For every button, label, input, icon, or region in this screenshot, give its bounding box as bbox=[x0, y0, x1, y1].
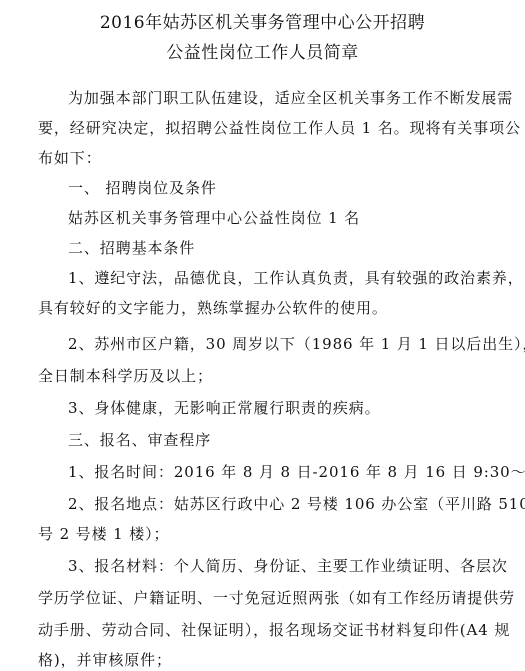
registration-location-line-1: 2、报名地点：姑苏区行政中心 2 号楼 106 办公室（平川路 510 bbox=[68, 494, 486, 514]
document-page: 2016年姑苏区机关事务管理中心公开招聘 公益性岗位工作人员简章 为加强本部门职… bbox=[0, 0, 525, 671]
registration-time: 1、报名时间：2016 年 8 月 8 日-2016 年 8 月 16 日 9:… bbox=[68, 462, 486, 482]
registration-materials-line-1: 3、报名材料：个人简历、身份证、主要工作业绩证明、各层次 bbox=[68, 556, 486, 576]
document-title-line-2: 公益性岗位工作人员简章 bbox=[0, 42, 525, 64]
condition-2-line-1: 2、苏州市区户籍，30 周岁以下（1986 年 1 月 1 日以后出生）， bbox=[68, 334, 486, 354]
registration-materials-line-4: 格)，并审核原件； bbox=[38, 650, 486, 670]
condition-3: 3、身体健康，无影响正常履行职责的疾病。 bbox=[68, 398, 486, 418]
section-heading-1: 一、 招聘岗位及条件 bbox=[68, 178, 486, 198]
intro-paragraph-line-3: 布如下： bbox=[38, 148, 486, 168]
intro-paragraph-line-2: 要，经研究决定，拟招聘公益性岗位工作人员 1 名。现将有关事项公 bbox=[38, 118, 486, 138]
condition-2-line-2: 全日制本科学历及以上； bbox=[38, 366, 486, 386]
intro-paragraph-line-1: 为加强本部门职工队伍建设，适应全区机关事务工作不断发展需 bbox=[68, 88, 486, 108]
condition-1-line-2: 具有较好的文字能力，熟练掌握办公软件的使用。 bbox=[38, 298, 486, 318]
registration-location-line-2: 号 2 号楼 1 楼）； bbox=[38, 524, 486, 544]
registration-materials-line-3: 动手册、劳动合同、社保证明），报名现场交证书材料复印件(A4 规 bbox=[38, 620, 486, 640]
section-heading-3: 三、报名、审查程序 bbox=[68, 430, 486, 450]
registration-materials-line-2: 学历学位证、户籍证明、一寸免冠近照两张（如有工作经历请提供劳 bbox=[38, 588, 486, 608]
position-description: 姑苏区机关事务管理中心公益性岗位 1 名 bbox=[68, 208, 486, 228]
condition-1-line-1: 1、遵纪守法，品德优良，工作认真负责，具有较强的政治素养， bbox=[68, 268, 486, 288]
section-heading-2: 二、招聘基本条件 bbox=[68, 238, 486, 258]
document-title-line-1: 2016年姑苏区机关事务管理中心公开招聘 bbox=[0, 12, 525, 34]
